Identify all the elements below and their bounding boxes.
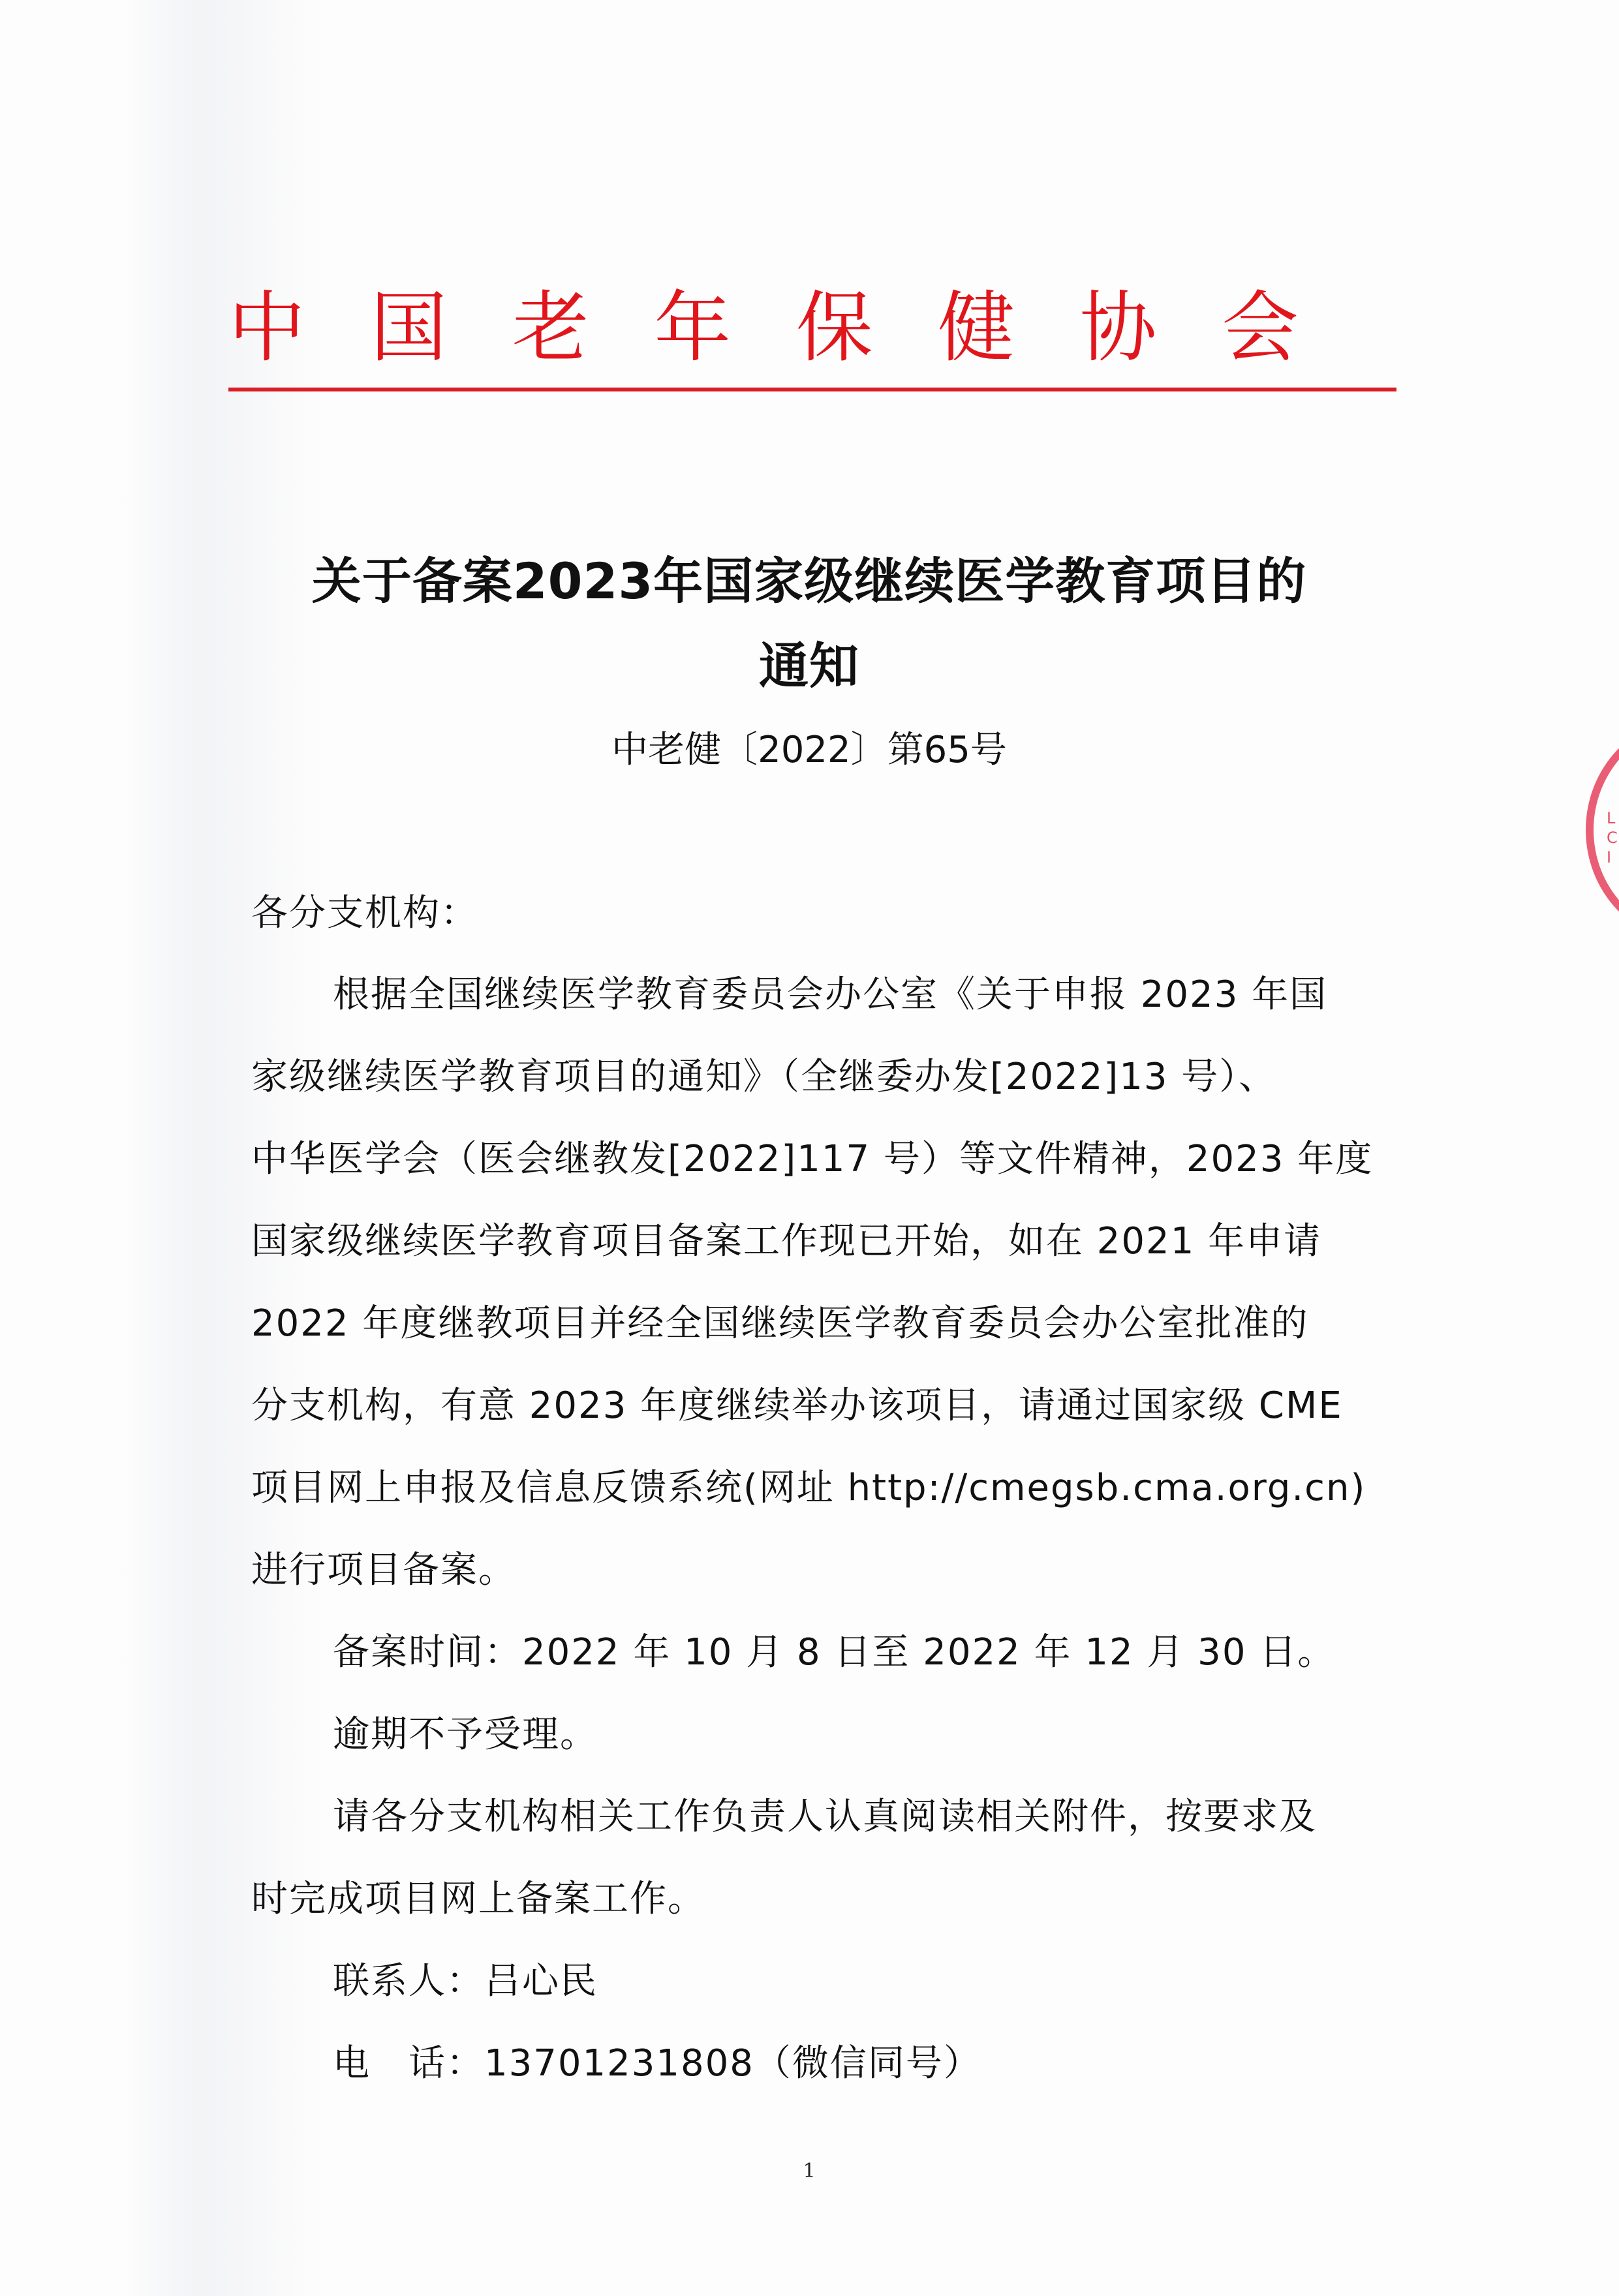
paragraph-line: 国家级继续医学教育项目备案工作现已开始，如在 2021 年申请	[251, 1219, 1321, 1264]
paragraph-line: 中华医学会（医会继教发[2022]117 号）等文件精神，2023 年度	[251, 1137, 1373, 1182]
letterhead-char: 健	[938, 282, 1015, 373]
letterhead-char: 中	[228, 282, 305, 373]
paragraph-line: 根据全国继续医学教育委员会办公室《关于申报 2023 年国	[333, 972, 1327, 1018]
document-title-line-1: 关于备案2023年国家级继续医学教育项目的	[196, 542, 1423, 613]
letterhead-char: 年	[654, 282, 731, 373]
seal-mark: I	[1607, 848, 1611, 866]
letterhead-red-rule	[228, 388, 1396, 391]
document-number: 中老健〔2022〕第65号	[196, 721, 1423, 773]
letterhead-char: 会	[1222, 282, 1299, 373]
seal-mark: C	[1607, 829, 1618, 847]
page-number: 1	[803, 2160, 816, 2182]
paragraph-line-with-url: 项目网上申报及信息反馈系统(网址 http://cmegsb.cma.org.c…	[251, 1465, 1366, 1511]
seal-mark: L	[1607, 809, 1615, 827]
overdue-notice: 逾期不予受理。	[333, 1712, 598, 1758]
paragraph-line: 请各分支机构相关工作负责人认真阅读相关附件，按要求及	[333, 1794, 1317, 1840]
letterhead-char: 协	[1080, 282, 1157, 373]
document-title-line-2: 通知	[196, 626, 1423, 697]
letterhead-char: 保	[796, 282, 873, 373]
salutation: 各分支机构：	[251, 891, 478, 936]
letterhead-char: 老	[512, 282, 589, 373]
filing-period: 备案时间：2022 年 10 月 8 日至 2022 年 12 月 30 日。	[333, 1630, 1335, 1676]
organization-letterhead: 中 国 老 年 保 健 协 会	[228, 282, 1299, 373]
paragraph-line: 家级继续医学教育项目的通知》（全继委办发[2022]13 号）、	[251, 1054, 1276, 1100]
paragraph-line: 2022 年度继教项目并经全国继续医学教育委员会办公室批准的	[251, 1301, 1308, 1347]
contact-phone: 电 话：13701231808（微信同号）	[333, 2041, 981, 2087]
letterhead-char: 国	[370, 282, 447, 373]
paragraph-line: 进行项目备案。	[251, 1548, 516, 1593]
paragraph-line: 时完成项目网上备案工作。	[251, 1876, 705, 1922]
paragraph-line: 分支机构，有意 2023 年度继续举办该项目，请通过国家级 CME	[251, 1383, 1343, 1429]
contact-person: 联系人：吕心民	[333, 1959, 598, 2004]
